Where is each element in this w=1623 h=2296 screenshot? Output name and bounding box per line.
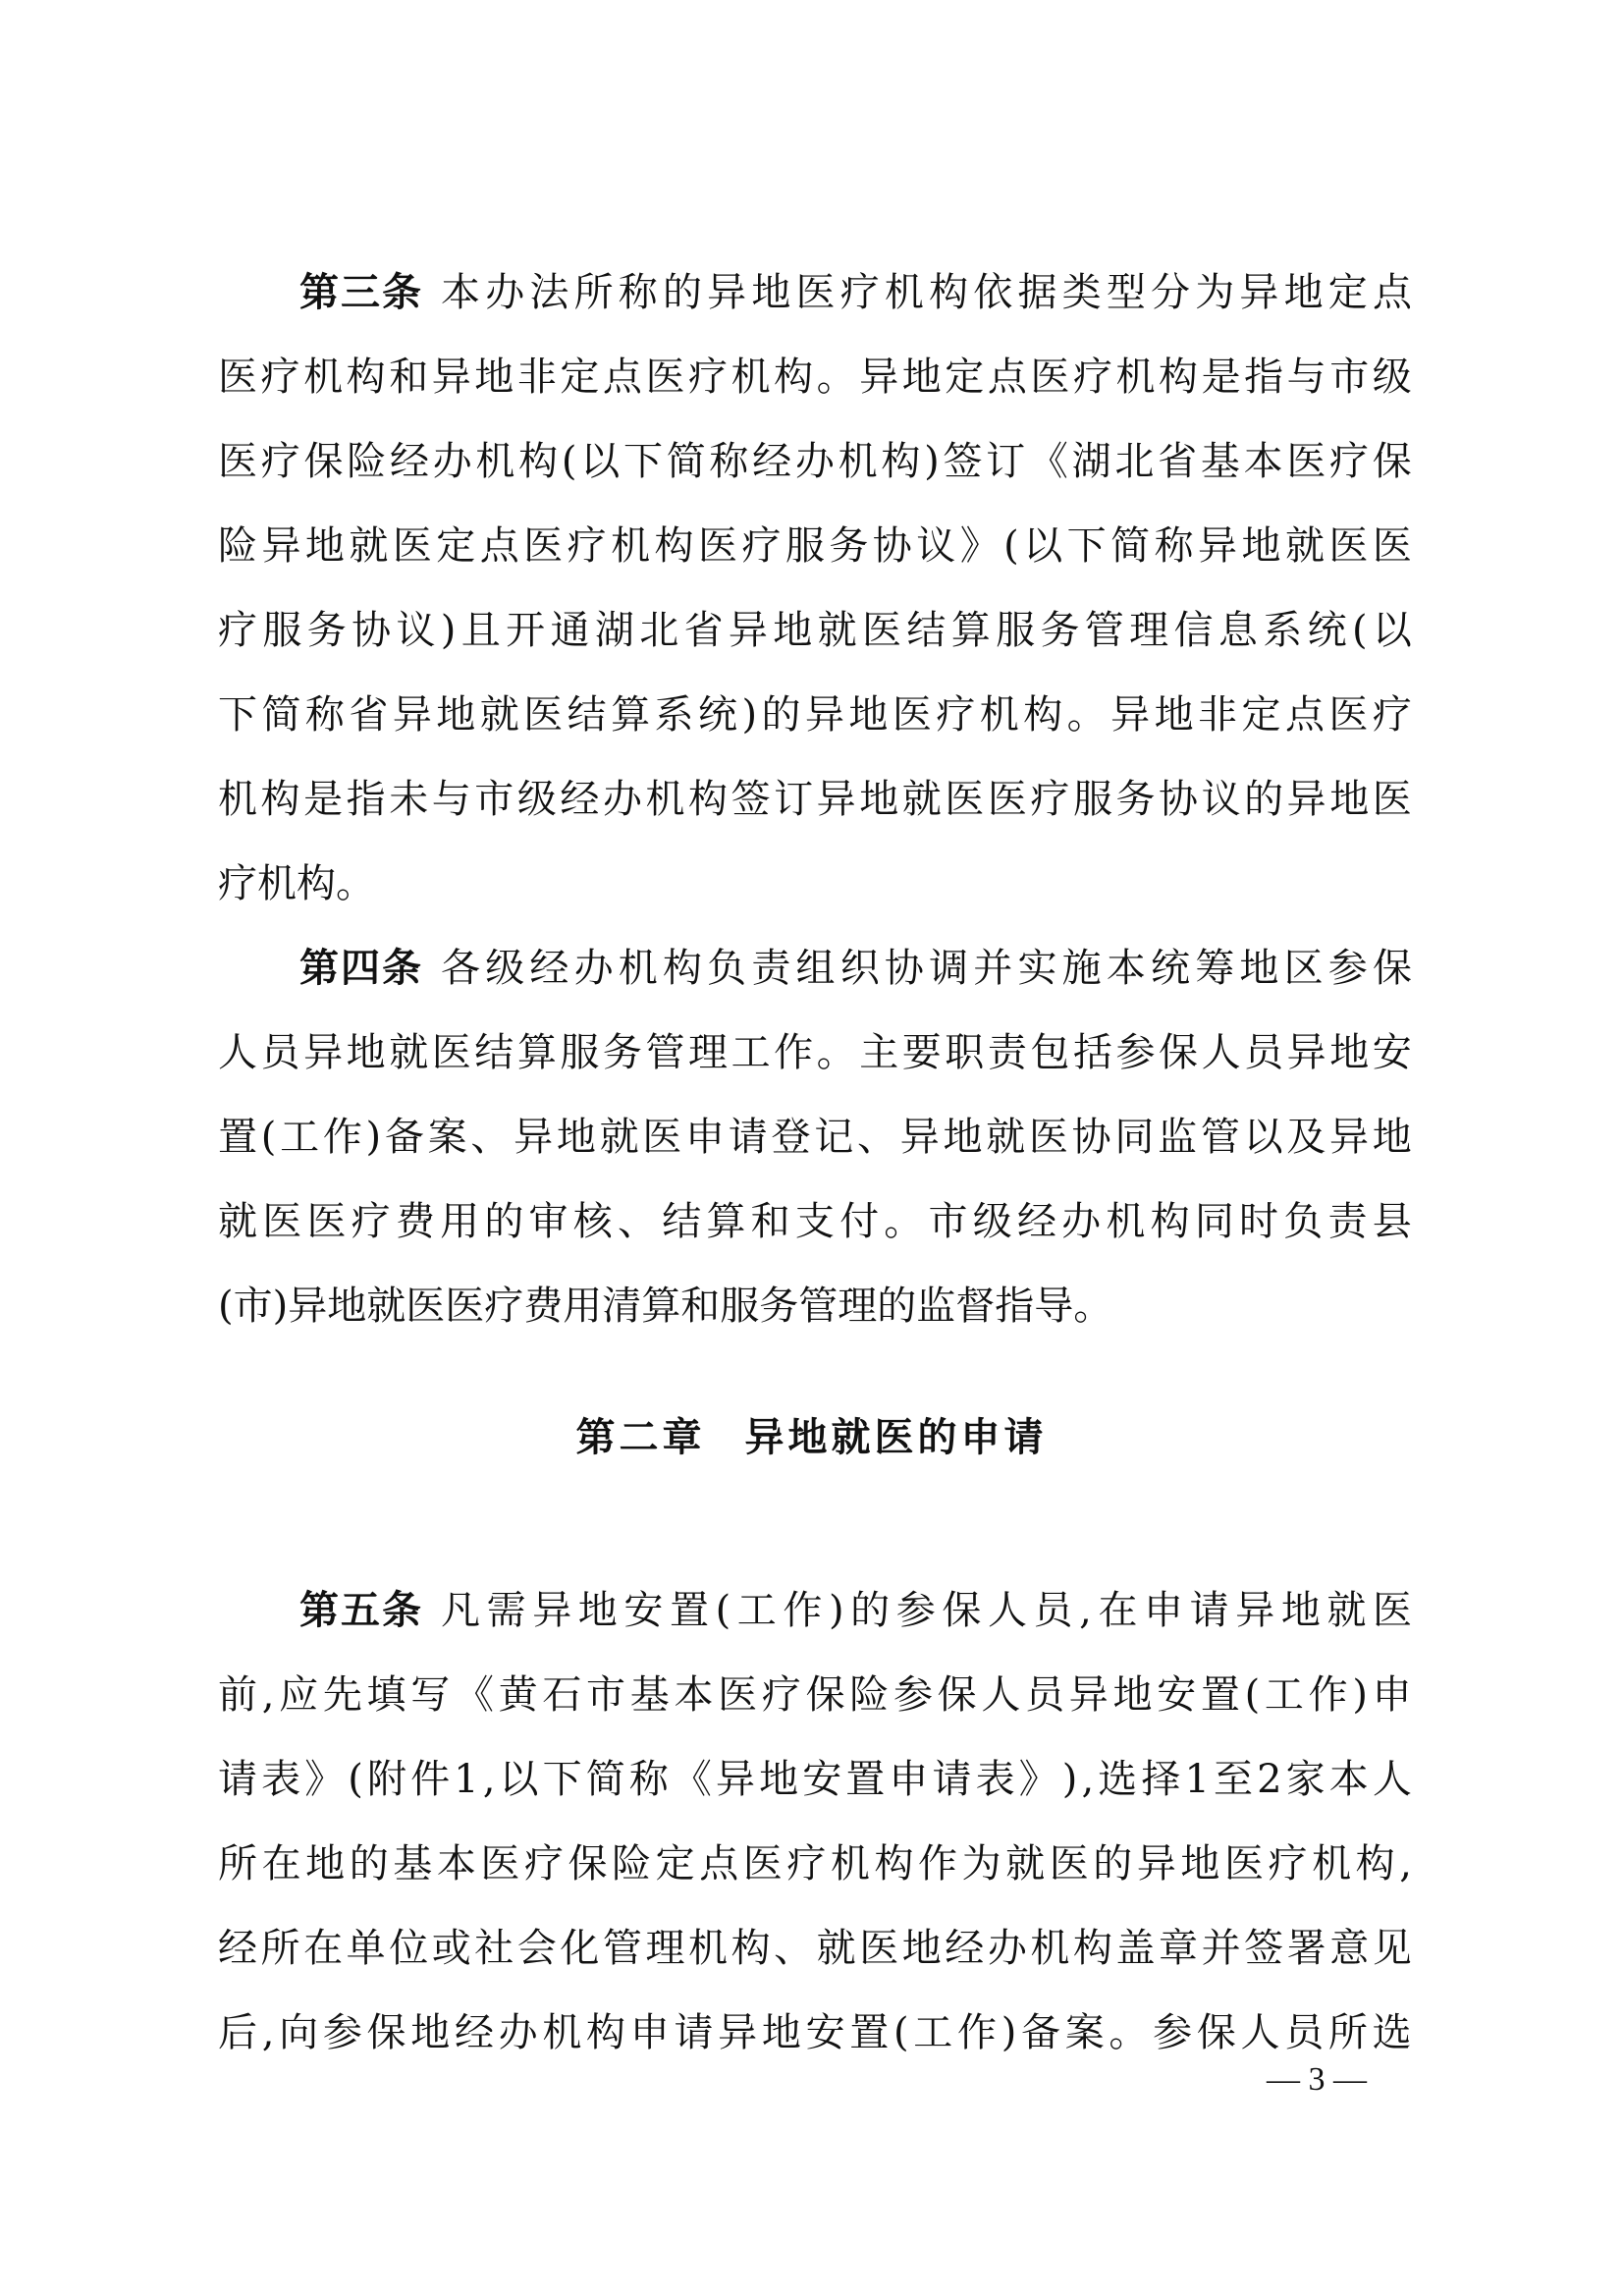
article-5-label: 第五条 bbox=[299, 1581, 423, 1640]
article-5-text: 凡需异地安置(工作)的参保人员,在申请异地就医 bbox=[441, 1581, 1412, 1640]
article-4-line-3: 置(工作)备案、异地就医申请登记、异地就医协同监管以及异地 bbox=[218, 1108, 1412, 1167]
chapter-name: 异地就医的申请 bbox=[745, 1415, 1048, 1460]
article-4-line-4: 就医医疗费用的审核、结算和支付。市级经办机构同时负责县 bbox=[218, 1192, 1412, 1251]
article-5-line-6: 后,向参保地经办机构申请异地安置(工作)备案。参保人员所选 bbox=[218, 2003, 1412, 2062]
article-4-label: 第四条 bbox=[299, 939, 423, 998]
article-3-line-2: 医疗机构和异地非定点医疗机构。异地定点医疗机构是指与市级 bbox=[218, 348, 1412, 407]
article-4-line-5: (市)异地就医医疗费用清算和服务管理的监督指导。 bbox=[218, 1277, 1412, 1336]
article-5-line-4: 所在地的基本医疗保险定点医疗机构作为就医的异地医疗机构, bbox=[218, 1834, 1412, 1893]
article-4-line-1: 第四条 各级经办机构负责组织协调并实施本统筹地区参保 bbox=[299, 939, 1412, 998]
article-3-line-8: 疗机构。 bbox=[218, 854, 1412, 913]
article-3-line-7: 机构是指未与市级经办机构签订异地就医医疗服务协议的异地医 bbox=[218, 770, 1412, 829]
article-4-line-2: 人员异地就医结算服务管理工作。主要职责包括参保人员异地安 bbox=[218, 1023, 1412, 1082]
article-3-line-6: 下简称省异地就医结算系统)的异地医疗机构。异地非定点医疗 bbox=[218, 685, 1412, 744]
article-5-line-2: 前,应先填写《黄石市基本医疗保险参保人员异地安置(工作)申 bbox=[218, 1666, 1412, 1724]
article-3-line-5: 疗服务协议)且开通湖北省异地就医结算服务管理信息系统(以 bbox=[218, 601, 1412, 660]
document-page: 第三条 本办法所称的异地医疗机构依据类型分为异地定点 医疗机构和异地非定点医疗机… bbox=[0, 0, 1623, 2296]
article-5-line-1: 第五条 凡需异地安置(工作)的参保人员,在申请异地就医 bbox=[299, 1581, 1412, 1640]
article-3-text: 本办法所称的异地医疗机构依据类型分为异地定点 bbox=[441, 263, 1412, 322]
article-3-label: 第三条 bbox=[299, 263, 423, 322]
chapter-number: 第二章 bbox=[576, 1415, 706, 1460]
article-3-line-3: 医疗保险经办机构(以下简称经办机构)签订《湖北省基本医疗保 bbox=[218, 432, 1412, 491]
article-5-line-5: 经所在单位或社会化管理机构、就医地经办机构盖章并签署意见 bbox=[218, 1919, 1412, 1978]
chapter-title: 第二章异地就医的申请 bbox=[0, 1408, 1623, 1467]
article-3-line-1: 第三条 本办法所称的异地医疗机构依据类型分为异地定点 bbox=[299, 263, 1412, 322]
article-3-line-4: 险异地就医定点医疗机构医疗服务协议》(以下简称异地就医医 bbox=[218, 517, 1412, 575]
article-4-text: 各级经办机构负责组织协调并实施本统筹地区参保 bbox=[441, 939, 1412, 998]
page-number: — 3 — bbox=[1267, 2060, 1367, 2100]
article-5-line-3: 请表》(附件1,以下简称《异地安置申请表》),选择1至2家本人 bbox=[218, 1750, 1412, 1809]
